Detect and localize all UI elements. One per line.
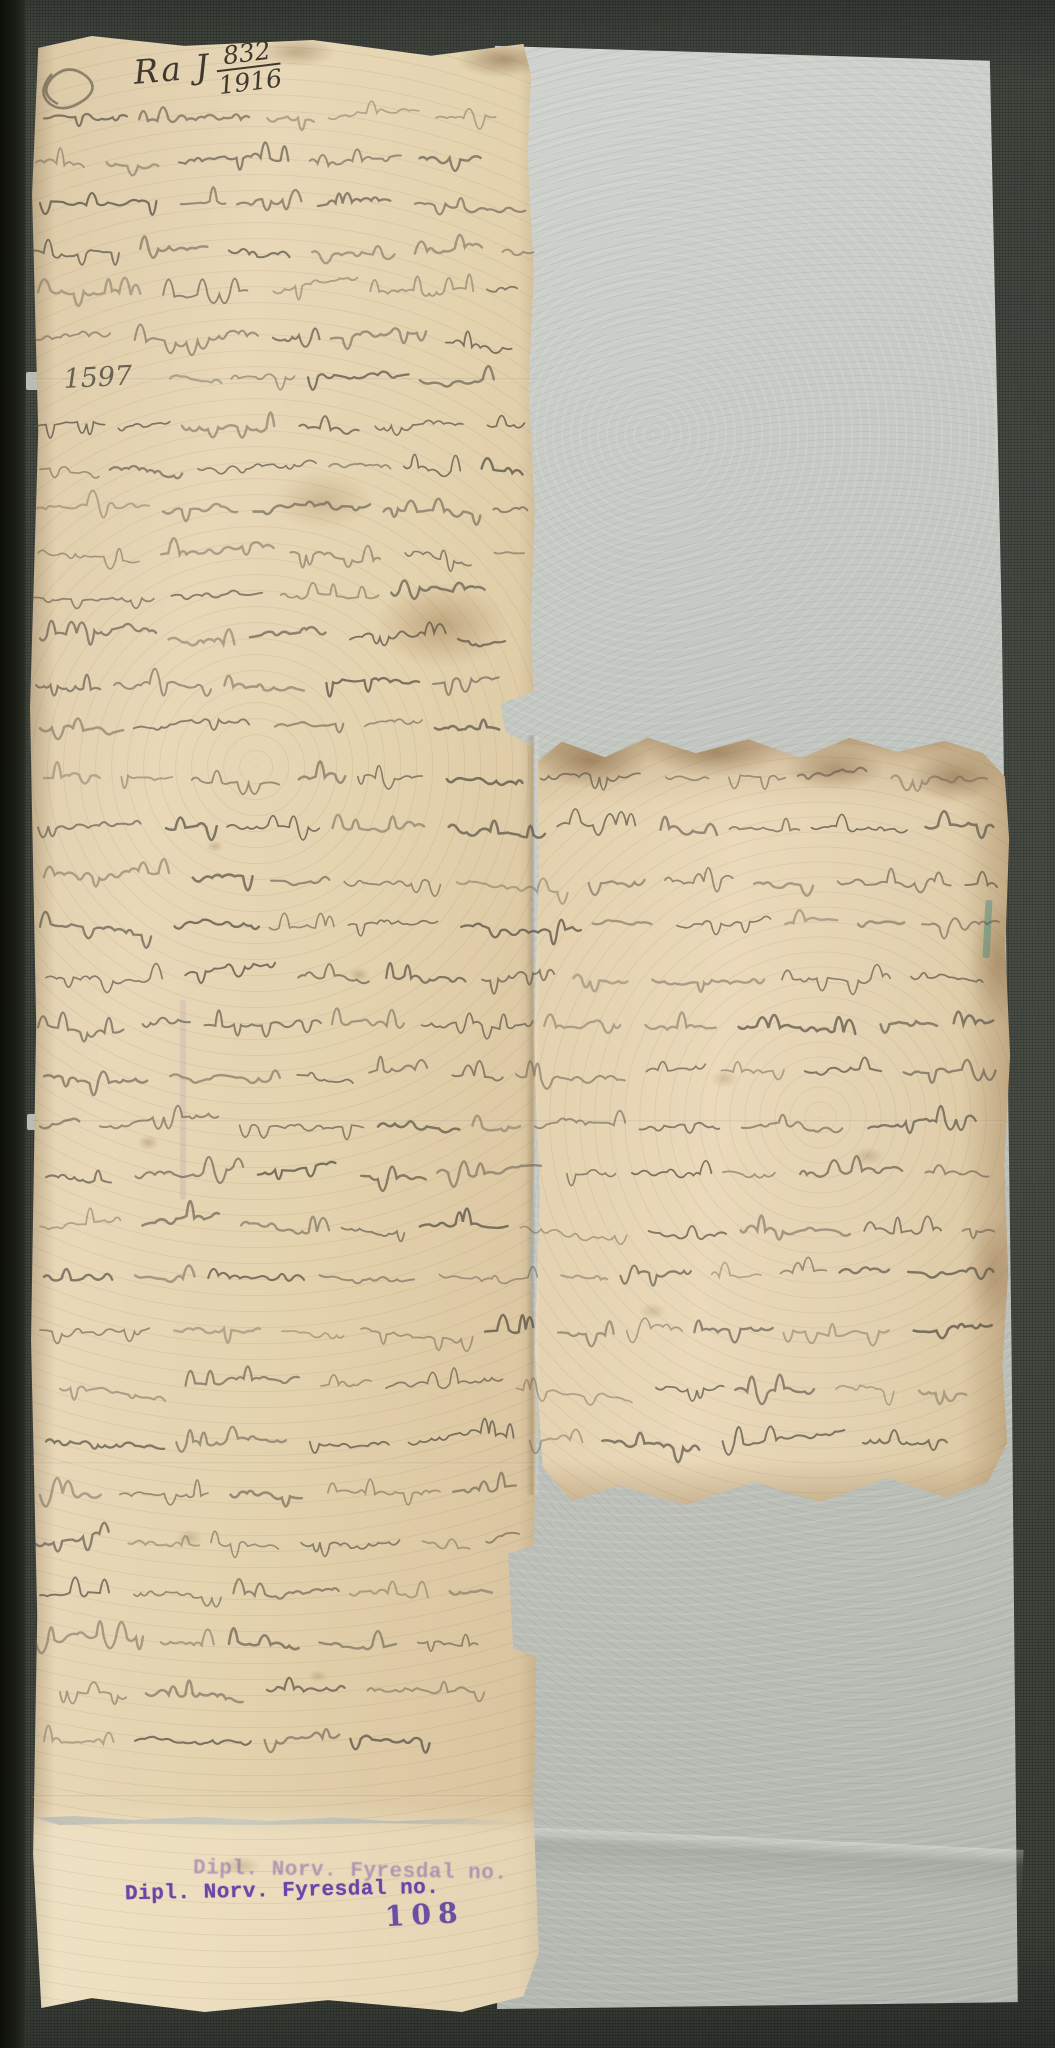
handwriting-word — [135, 1265, 194, 1281]
handwriting-word — [858, 921, 904, 926]
handwriting-word — [267, 117, 314, 131]
handwriting-word — [640, 1123, 720, 1133]
handwriting-word — [911, 973, 983, 982]
handwriting-word — [269, 913, 334, 930]
handwriting-word — [458, 639, 505, 646]
handwriting-word — [723, 1171, 775, 1177]
handwriting-word — [742, 1115, 842, 1133]
handwriting-word — [46, 1170, 111, 1182]
handwriting-word — [422, 1013, 533, 1039]
handwriting-word — [169, 629, 235, 645]
handwriting-word — [44, 762, 100, 783]
handwriting-word — [298, 964, 369, 983]
handwriting-word — [798, 768, 866, 779]
handwriting-word — [439, 1267, 537, 1284]
handwriting-word — [574, 975, 628, 991]
handwriting-word — [258, 1162, 336, 1179]
handwriting-word — [134, 719, 249, 730]
handwriting-word — [185, 963, 275, 983]
handwriting-word — [723, 1426, 845, 1454]
handwriting-word — [329, 101, 419, 119]
handwriting-word — [881, 1021, 937, 1033]
handwriting-word — [358, 766, 423, 789]
handwriting-word — [205, 1010, 321, 1036]
handwriting-word — [487, 287, 517, 292]
handwriting-word — [36, 148, 84, 167]
handwriting-word — [308, 372, 409, 390]
handwriting-word — [391, 580, 484, 598]
handwriting-word — [46, 1439, 164, 1449]
handwriting-word — [36, 422, 105, 438]
handwriting-word — [589, 880, 645, 895]
handwriting-word — [40, 1478, 101, 1506]
handwriting-word — [310, 1442, 389, 1453]
handwriting-word — [342, 1228, 405, 1242]
handwriting-word — [170, 375, 221, 383]
handwriting-word — [40, 193, 156, 215]
handwriting-word — [535, 1111, 625, 1129]
handwriting-word — [561, 1275, 607, 1279]
handwriting-word — [114, 669, 211, 696]
handwriting-word — [301, 1540, 399, 1556]
handwriting-word — [904, 1060, 996, 1083]
handwriting-word — [593, 920, 652, 924]
handwriting-word — [44, 859, 169, 886]
handwriting-word — [621, 1266, 691, 1286]
handwriting-word — [384, 499, 481, 525]
handwriting-word — [954, 1012, 994, 1025]
handwriting-word — [784, 1324, 889, 1346]
handwriting-word — [139, 107, 249, 122]
handwriting-word — [299, 762, 345, 783]
handwriting-word — [838, 869, 951, 893]
handwriting-word — [350, 1581, 428, 1597]
handwriting-word — [712, 1262, 761, 1277]
handwriting-word — [520, 1226, 626, 1244]
handwriting-word — [40, 1577, 109, 1596]
handwriting-word — [435, 720, 499, 730]
handwriting-word — [225, 676, 304, 691]
handwriting-word — [331, 328, 426, 349]
handwriting-word — [100, 1106, 218, 1129]
handwriting-word — [208, 1269, 304, 1281]
handwriting-word — [892, 775, 988, 790]
handwriting-word — [36, 675, 100, 696]
handwriting-word — [436, 109, 496, 129]
handwriting-word — [34, 597, 154, 608]
handwriting-word — [378, 1121, 459, 1132]
handwriting-word — [174, 1328, 260, 1343]
handwriting-word — [140, 236, 207, 257]
handwriting-word — [482, 458, 523, 474]
handwriting-word — [361, 1166, 426, 1190]
handwriting-word — [404, 454, 461, 476]
handwriting-word — [318, 193, 390, 206]
handwriting-word — [121, 776, 172, 789]
handwriting-word — [44, 1725, 114, 1744]
handwriting-word — [729, 775, 785, 789]
handwriting-word — [163, 279, 247, 304]
handwriting-word — [328, 1479, 440, 1504]
handwriting-word — [192, 771, 279, 794]
handwriting-word — [632, 1161, 712, 1178]
handwriting-word — [211, 1531, 278, 1557]
handwriting-word — [557, 809, 635, 835]
handwriting-word — [329, 464, 390, 469]
handwriting-word — [193, 875, 253, 891]
handwriting-word — [780, 1257, 826, 1273]
handwriting-word — [267, 1678, 345, 1692]
handwriting-word — [60, 1386, 165, 1400]
handwriting-word — [925, 1165, 988, 1177]
handwriting-word — [652, 979, 764, 992]
handwriting-word — [415, 235, 482, 254]
handwriting-word — [229, 249, 290, 257]
handwriting-word — [240, 1124, 364, 1139]
handwriting-word — [666, 776, 709, 780]
handwriting-word — [265, 1729, 340, 1752]
handwriting-word — [348, 920, 437, 936]
handwriting-word — [370, 274, 473, 296]
handwriting-word — [46, 964, 162, 993]
handwriting-word — [231, 1491, 302, 1506]
handwriting-word — [135, 325, 258, 356]
handwriting-word — [386, 963, 465, 983]
handwriting-word — [418, 1635, 478, 1652]
handwriting-word — [446, 331, 512, 353]
handwriting-word — [602, 1433, 699, 1462]
handwriting-word — [166, 817, 217, 840]
handwriting-word — [321, 1375, 371, 1386]
handwriting-word — [627, 1318, 682, 1342]
handwriting-word — [40, 467, 99, 478]
handwriting-word — [44, 114, 127, 126]
handwriting-word — [312, 246, 394, 263]
handwriting-word — [350, 1736, 429, 1753]
handwriting-word — [365, 719, 422, 726]
handwriting-word — [34, 240, 119, 265]
handwriting-word — [175, 920, 259, 929]
handwriting-word — [677, 916, 771, 934]
handwriting-word — [661, 817, 717, 835]
handwriting-word — [254, 502, 371, 514]
handwriting-word — [182, 412, 274, 437]
handwriting-word — [922, 918, 999, 938]
handwriting-word — [868, 1106, 976, 1133]
handwriting-word — [136, 1157, 244, 1183]
handwriting-word — [38, 1012, 124, 1041]
handwriting-word — [40, 1208, 121, 1229]
handwriting-word — [233, 1579, 338, 1598]
handwriting-word — [647, 1062, 706, 1072]
annotation-denominator: 1916 — [217, 65, 283, 99]
handwriting-word — [350, 622, 446, 645]
annotation-prefix: Ra J — [132, 46, 212, 92]
handwriting-word — [375, 420, 463, 435]
year-1597: 1597 — [63, 360, 134, 395]
handwriting-word — [516, 1061, 625, 1089]
handwriting-word — [290, 546, 380, 568]
handwriting-word — [36, 1621, 143, 1653]
handwriting-word — [198, 460, 316, 473]
handwriting-word — [420, 156, 481, 171]
handwriting-word — [273, 278, 357, 300]
handwriting-word — [319, 1631, 396, 1649]
handwriting-word — [176, 1427, 286, 1452]
handwriting-word — [449, 821, 545, 838]
handwriting-word — [161, 538, 273, 555]
handwriting-word — [332, 1008, 404, 1027]
handwriting-word — [925, 811, 993, 838]
handwriting-word — [38, 278, 140, 306]
annotation-fraction: 8321916 — [214, 37, 284, 98]
handwriting-word — [120, 1480, 208, 1505]
handwriting-word — [800, 1156, 902, 1177]
handwriting-word — [118, 422, 170, 431]
handwriting-word — [785, 910, 837, 924]
handwriting-word — [423, 1539, 470, 1549]
handwriting-word — [495, 552, 524, 553]
handwriting-word — [40, 1328, 149, 1343]
handwriting-word — [361, 1328, 473, 1351]
archive-number: 108 — [384, 1896, 465, 1933]
handwriting-word — [864, 1216, 941, 1234]
handwriting-word — [369, 1057, 427, 1073]
handwriting-word — [326, 678, 419, 697]
handwriting-layer: 1597 — [0, 0, 1055, 2048]
handwriting-word — [836, 1385, 894, 1405]
handwriting-word — [40, 621, 156, 645]
handwriting-word — [241, 1217, 329, 1234]
handwriting-word — [44, 1072, 147, 1096]
handwriting-word — [273, 328, 320, 346]
handwriting-word — [782, 965, 890, 995]
handwriting-word — [250, 627, 326, 637]
handwriting-word — [134, 1591, 221, 1607]
handwriting-word — [645, 1012, 715, 1029]
handwriting-word — [38, 821, 140, 837]
handwriting-word — [447, 778, 523, 785]
handwriting-word — [919, 1391, 966, 1404]
handwriting-word — [649, 1226, 727, 1239]
handwriting-word — [805, 1057, 881, 1074]
handwriting-word — [437, 1161, 541, 1186]
handwriting-word — [186, 1366, 299, 1385]
handwriting-word — [297, 1073, 353, 1084]
handwriting-word — [567, 1170, 616, 1186]
handwriting-word — [405, 550, 471, 571]
handwriting-word — [229, 1628, 299, 1649]
handwriting-word — [486, 1533, 519, 1543]
handwriting-word — [344, 880, 440, 896]
handwriting-word — [863, 1430, 947, 1450]
handwriting-word — [450, 1590, 492, 1595]
handwriting-word — [36, 1523, 109, 1552]
handwriting-word — [333, 815, 424, 832]
handwriting-word — [271, 877, 329, 885]
handwriting-word — [530, 1429, 583, 1453]
handwriting-word — [179, 142, 288, 169]
handwriting-word — [656, 1386, 724, 1401]
handwriting-word — [40, 718, 123, 739]
handwriting-word — [665, 868, 733, 892]
handwriting-word — [107, 163, 159, 176]
handwriting-word — [44, 1269, 112, 1280]
handwriting-word — [227, 816, 319, 840]
handwriting-word — [503, 250, 534, 256]
handwriting-word — [34, 491, 149, 518]
handwriting-word — [488, 416, 525, 428]
handwriting-word — [135, 1737, 251, 1745]
handwriting-word — [914, 1324, 992, 1338]
handwriting-word — [730, 819, 800, 832]
handwriting-word — [965, 872, 997, 887]
handwriting-word — [485, 1315, 533, 1333]
handwriting-word — [40, 1119, 79, 1129]
handwriting-word — [170, 1071, 279, 1083]
handwriting-word — [110, 466, 182, 478]
handwriting-word — [482, 970, 554, 994]
handwriting-word — [754, 882, 813, 895]
handwriting-word — [299, 416, 358, 434]
handwriting-word — [544, 1014, 620, 1033]
handwriting-word — [181, 187, 226, 204]
handwriting-word — [420, 366, 494, 386]
handwriting-word — [415, 198, 525, 214]
handwriting-word — [320, 1275, 415, 1283]
handwriting-word — [541, 773, 640, 790]
handwriting-word — [38, 549, 139, 569]
handwriting-lines — [34, 101, 999, 1752]
handwriting-word — [281, 583, 379, 599]
handwriting-word — [493, 507, 527, 512]
handwriting-word — [840, 1267, 889, 1273]
handwriting-word — [237, 190, 301, 210]
handwriting-word — [282, 1331, 344, 1338]
handwriting-word — [143, 1201, 219, 1225]
handwriting-word — [368, 1682, 485, 1701]
handwriting-word — [310, 149, 401, 165]
handwriting-word — [409, 1419, 514, 1445]
handwriting-word — [694, 1321, 772, 1343]
handwriting-word — [433, 677, 499, 695]
archive-stamp: Dipl. Norv. Fyresdal no. Dipl. Norv. Fyr… — [125, 1872, 555, 1932]
handwriting-word — [741, 1215, 850, 1239]
handwriting-word — [457, 878, 568, 903]
manuscript-photograph: 1597 Ra J8321916 Dipl. Norv. Fyresdal no… — [0, 0, 1055, 2048]
handwriting-word — [963, 1229, 994, 1238]
handwriting-word — [231, 374, 294, 389]
handwriting-word — [452, 1061, 502, 1081]
handwriting-word — [453, 1473, 516, 1493]
handwriting-word — [811, 814, 907, 832]
handwriting-word — [275, 722, 343, 732]
handwriting-word — [461, 920, 581, 945]
handwriting-word — [735, 1375, 814, 1404]
handwriting-word — [146, 1681, 243, 1703]
handwriting-word — [722, 1062, 785, 1080]
handwriting-word — [558, 1321, 614, 1346]
handwriting-word — [161, 1629, 214, 1645]
handwriting-word — [517, 1378, 632, 1405]
handwriting-word — [386, 1368, 503, 1388]
handwriting-word — [420, 1209, 508, 1228]
handwriting-word — [143, 1018, 190, 1027]
handwriting-word — [60, 1682, 126, 1704]
handwriting-word — [908, 1268, 993, 1279]
handwriting-word — [40, 912, 151, 948]
handwriting-word — [473, 1116, 520, 1131]
handwriting-word — [739, 1015, 856, 1034]
handwriting-word — [34, 332, 110, 341]
handwriting-word — [163, 504, 237, 521]
handwriting-word — [172, 591, 263, 600]
handwriting-word — [128, 1536, 199, 1546]
initial-flourish — [43, 69, 92, 108]
